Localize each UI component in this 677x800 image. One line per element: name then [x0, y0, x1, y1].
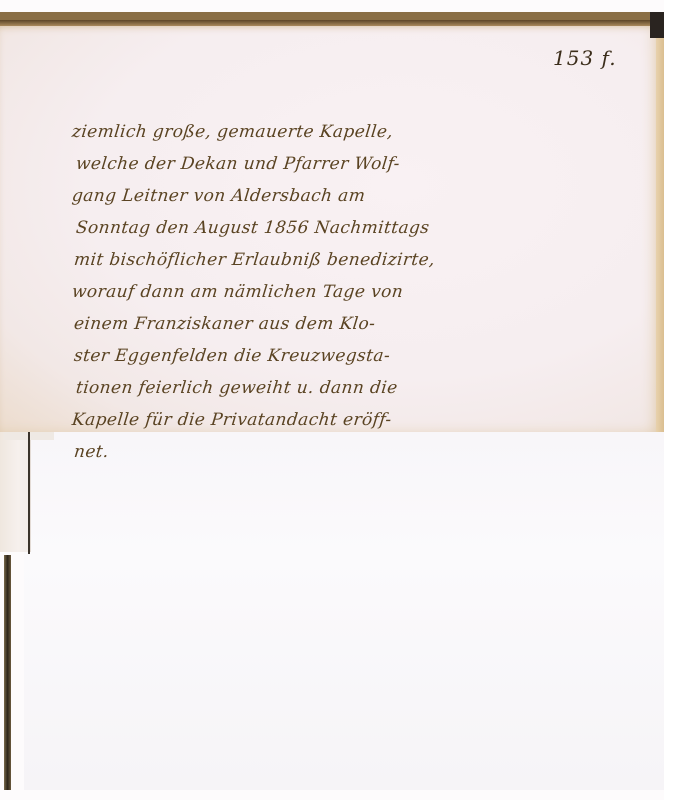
text-line: Sonntag den August 1856 Nachmittags: [74, 212, 593, 244]
handwritten-text: ziemlich große, gemauerte Kapelle, welch…: [72, 116, 592, 468]
scanned-document: 153 f. ziemlich große, gemauerte Kapelle…: [0, 0, 677, 800]
show-through-print: [440, 720, 650, 780]
binding-edge: [4, 555, 11, 790]
text-line: tionen feierlich geweiht u. dann die: [74, 372, 593, 404]
text-line: ster Eggenfelden die Kreuzwegsta-: [72, 340, 593, 372]
text-line: gang Leitner von Aldersbach am: [70, 180, 593, 212]
sheet-top-edge: [0, 20, 666, 26]
folio-number: 153 f.: [553, 46, 617, 70]
text-line: Kapelle für die Privatandacht eröff-: [70, 404, 593, 436]
text-line: ziemlich große, gemauerte Kapelle,: [70, 116, 593, 148]
scan-right-margin: [664, 0, 677, 800]
text-line: welche der Dekan und Pfarrer Wolf-: [74, 148, 593, 180]
text-line: einem Franziskaner aus dem Klo-: [72, 308, 593, 340]
page-edge-line: [28, 432, 30, 554]
text-line: worauf dann am nämlichen Tage von: [70, 276, 593, 308]
text-line: mit bischöflicher Erlaubniß benedizirte,: [72, 244, 593, 276]
text-line: net.: [72, 436, 593, 468]
